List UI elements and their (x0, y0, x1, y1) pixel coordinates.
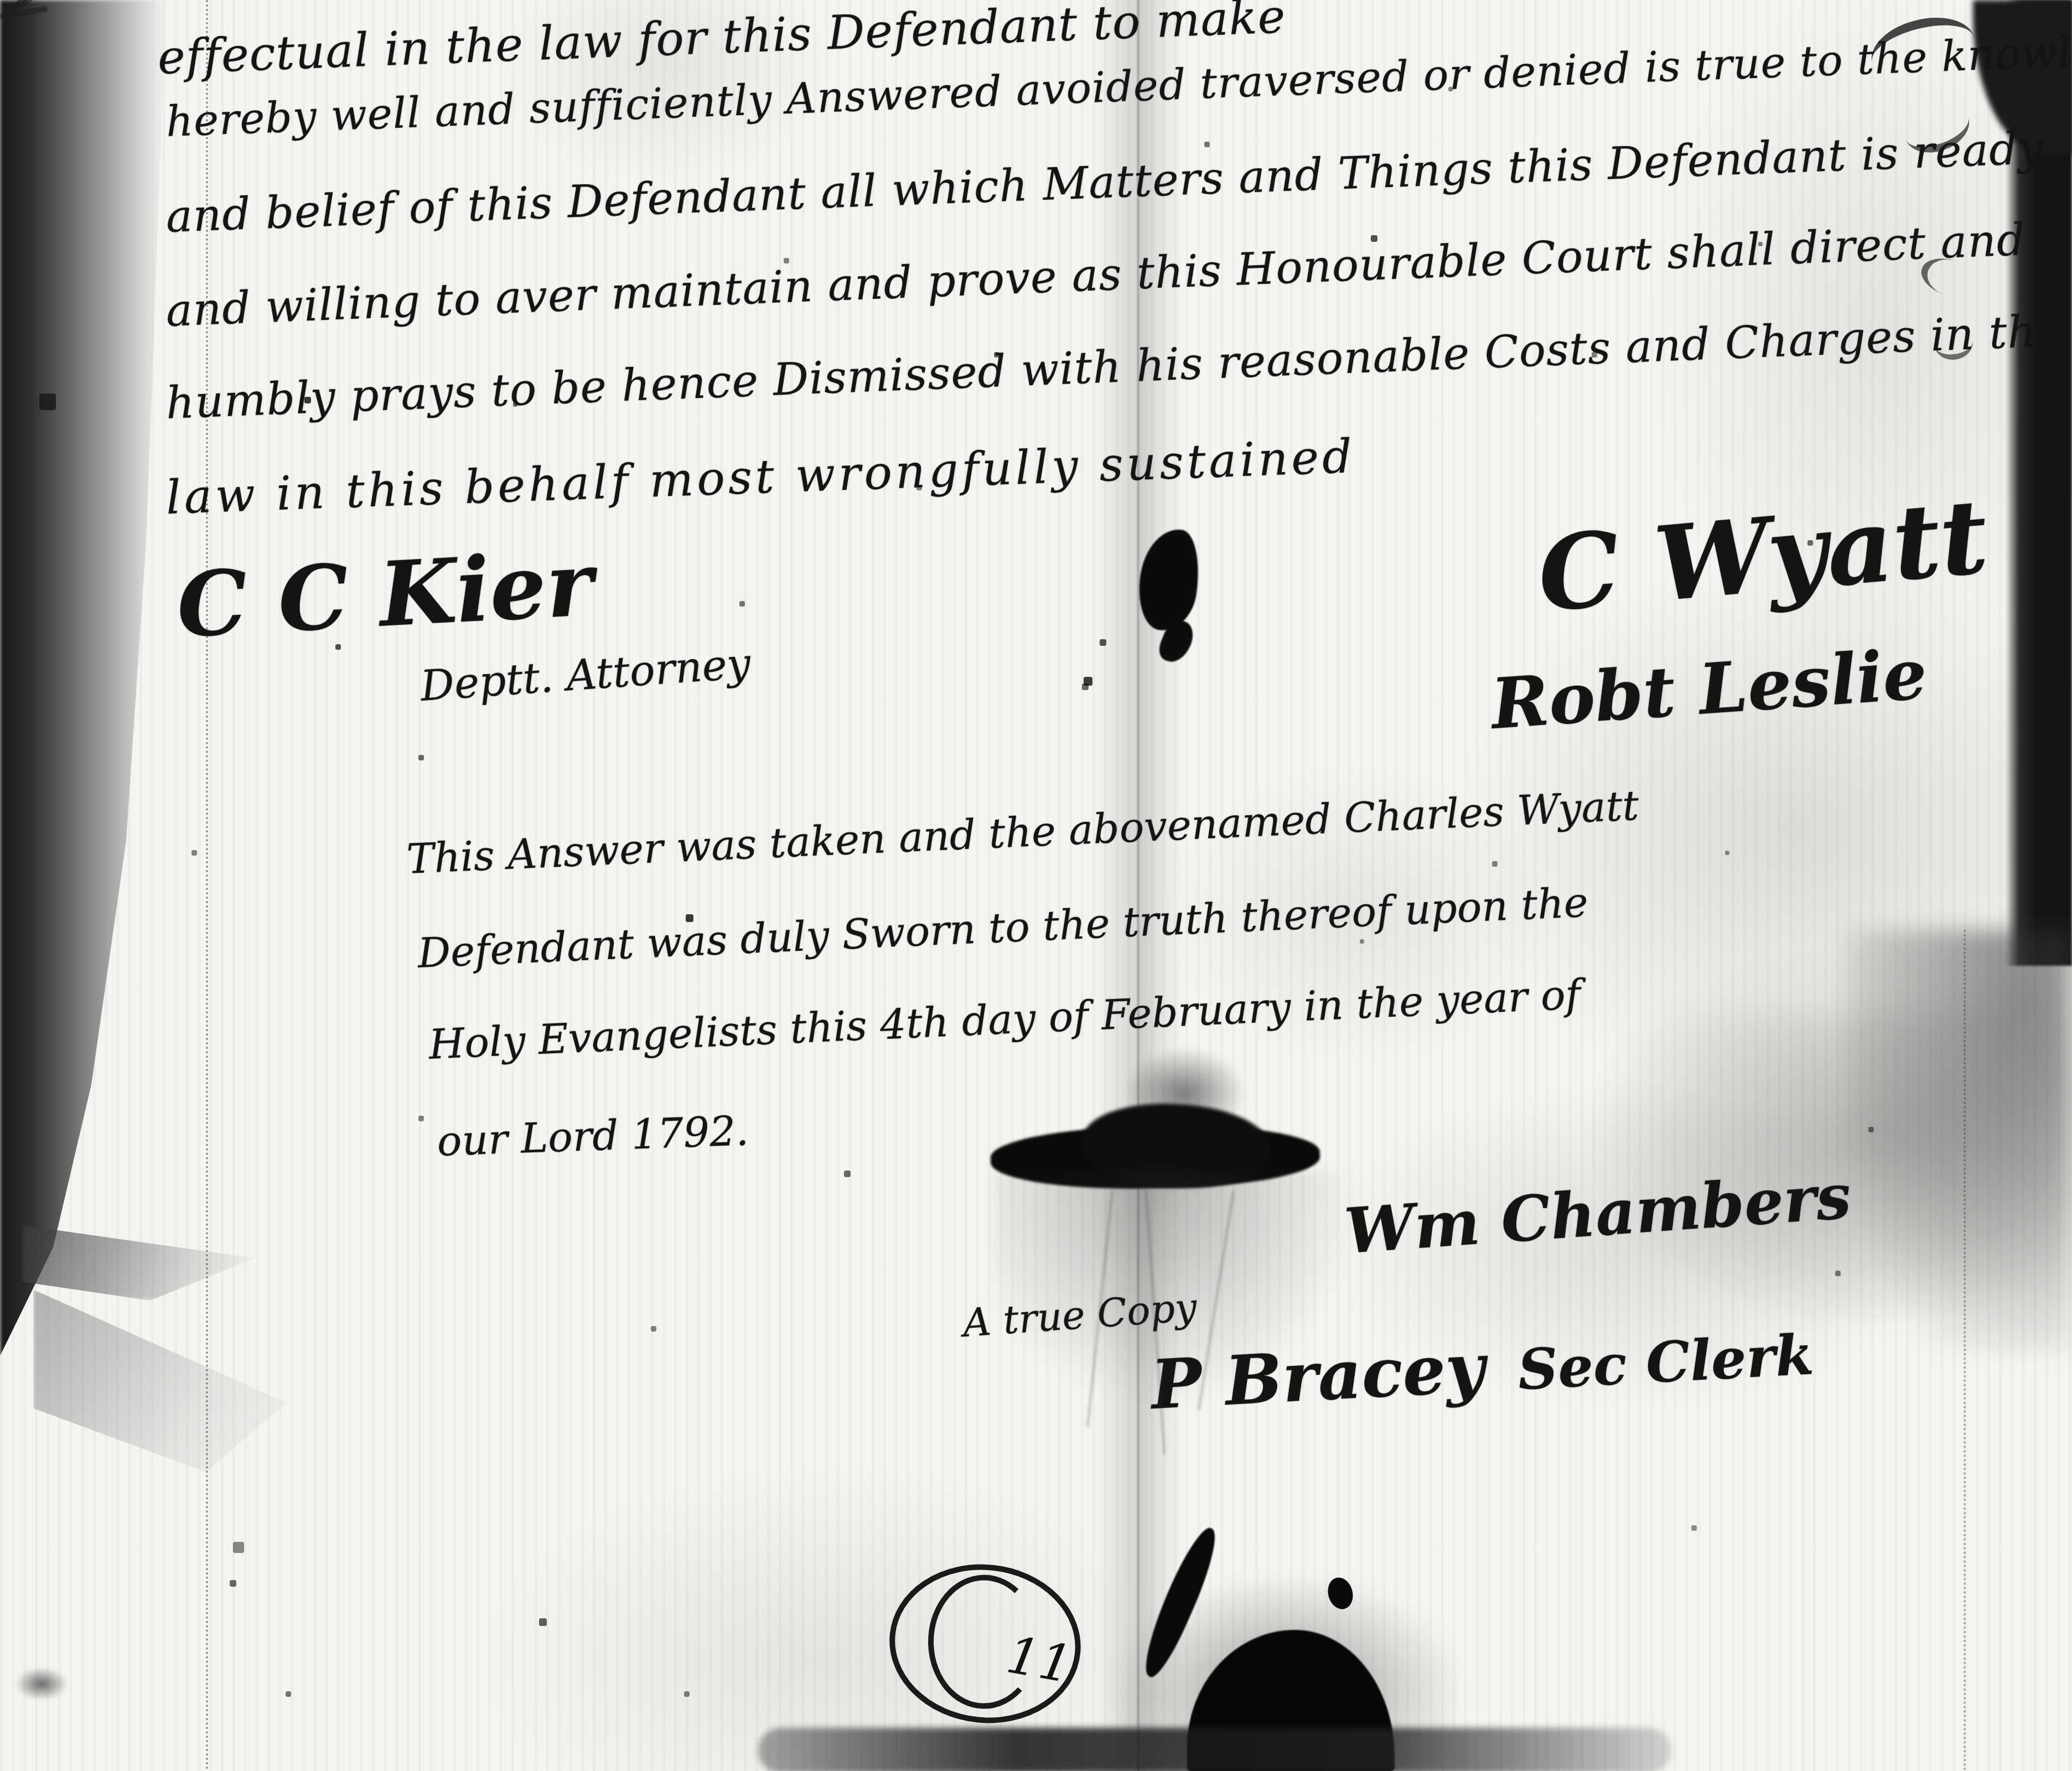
page-mark-inner-c (931, 1578, 1020, 1706)
clerk-title: Sec Clerk (1516, 1322, 1815, 1402)
scanned-document-page: effectual in the law for this Defendant … (0, 0, 2072, 1771)
ink-smear-wash (993, 1171, 1359, 1408)
signature-defendant-wyatt: C Wyatt (1534, 476, 1993, 635)
jurat-line-3: Holy Evangelists this 4th day of Februar… (428, 971, 1581, 1069)
jurat-line-1: This Answer was taken and the abovenamed… (406, 782, 1640, 883)
jurat-line-2: Defendant was duly Sworn to the truth th… (417, 879, 1589, 977)
fold-crease-left-lower (33, 1290, 321, 1472)
jurat-line-4: our Lord 1792. (436, 1107, 749, 1166)
signature-deputy-attorney: C C Kier (174, 532, 595, 657)
page-curl-shadow-left (0, 0, 166, 1356)
bottom-left-smudge (8, 1663, 75, 1705)
scan-artifact-dotted-line-right (1964, 930, 1966, 1771)
scan-artifact-dotted-line-left (206, 0, 208, 1771)
ink-speckles (0, 0, 1, 1)
bottom-scan-smear (758, 1728, 1671, 1771)
circled-page-mark: 11 (877, 1561, 1099, 1727)
deputy-attorney-title: Deptt. Attorney (419, 638, 752, 710)
page-mark-number: 11 (1002, 1625, 1076, 1695)
signature-robt-leslie: Robt Leslie (1489, 634, 1929, 745)
